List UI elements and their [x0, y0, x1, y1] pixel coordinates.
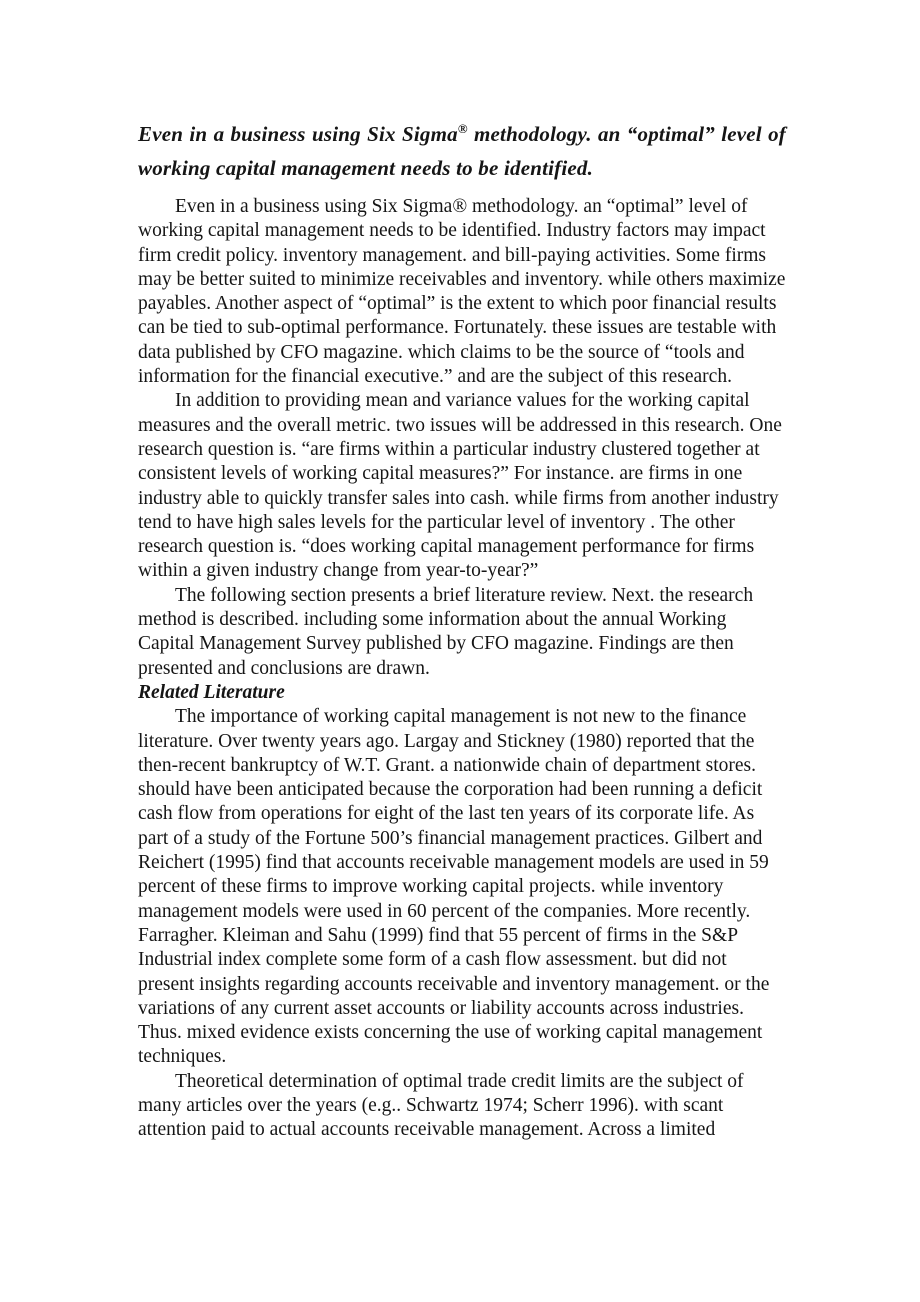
- paragraph-literature-review: The importance of working capital manage…: [138, 705, 786, 1069]
- paragraph-outline: The following section presents a brief l…: [138, 584, 786, 681]
- section-heading-related-literature: Related Literature: [138, 681, 786, 705]
- document-title-text: Even in a business using Six Sigma: [138, 122, 458, 146]
- paragraph-trade-credit: Theoretical determination of optimal tra…: [138, 1070, 786, 1143]
- registered-trademark-symbol: ®: [458, 121, 468, 136]
- paragraph-intro: Even in a business using Six Sigma® meth…: [138, 195, 786, 389]
- document-title: Even in a business using Six Sigma® meth…: [138, 117, 786, 185]
- document-page: Even in a business using Six Sigma® meth…: [138, 0, 786, 1143]
- paragraph-research-questions: In addition to providing mean and varian…: [138, 389, 786, 583]
